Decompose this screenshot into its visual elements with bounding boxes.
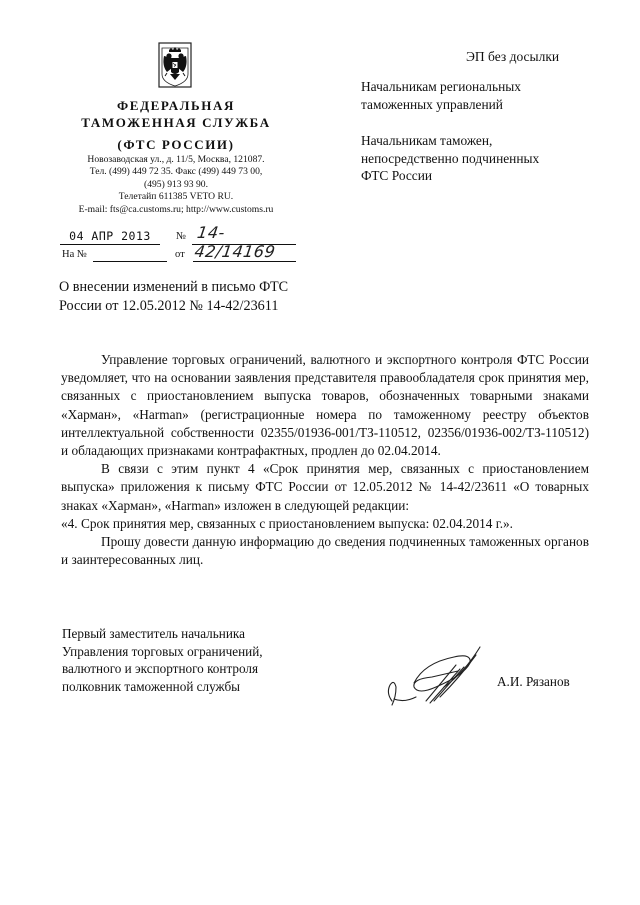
address-teletype: Телетайп 611385 VETO RU.: [56, 191, 296, 203]
reference-number-label: На №: [62, 249, 87, 260]
distribution-note: ЭП без досылки: [466, 49, 559, 65]
signatory-title-line: Управления торговых ограничений,: [62, 643, 263, 661]
registration-date-field: 04 АПР 2013: [60, 228, 160, 245]
body-paragraph-amendment: В связи с этим пункт 4 «Срок принятия ме…: [61, 460, 589, 515]
reference-number-field: [93, 249, 167, 262]
body-paragraph-request: Прошу довести данную информацию до сведе…: [61, 533, 589, 569]
subject-line: О внесении изменений в письмо ФТС: [59, 278, 339, 297]
addressee-regional: Начальникам региональных таможенных упра…: [361, 78, 521, 113]
signer-name: А.И. Рязанов: [497, 674, 570, 690]
signatory-title-line: полковник таможенной службы: [62, 678, 263, 696]
addressee-customs: Начальникам таможен, непосредственно под…: [361, 132, 539, 185]
letter-body: Управление торговых ограничений, валютно…: [61, 351, 589, 569]
org-name-line2: ТАМОЖЕННАЯ СЛУЖБА: [66, 114, 286, 131]
addressee-line: таможенных управлений: [361, 96, 521, 114]
registration-number-field: 14-42/14169: [192, 223, 296, 245]
handwritten-signature-icon: [384, 643, 484, 713]
org-abbr: (ФТС РОССИИ): [66, 136, 286, 153]
addressee-line: ФТС России: [361, 167, 539, 185]
russian-coat-of-arms-icon: [158, 42, 192, 88]
addressee-line: Начальникам таможен,: [361, 132, 539, 150]
reference-date-label: от: [175, 249, 185, 260]
addressee-line: непосредственно подчиненных: [361, 150, 539, 168]
subject-line: России от 12.05.2012 № 14-42/23611: [59, 297, 339, 316]
body-paragraph-notice: Управление торговых ограничений, валютно…: [61, 351, 589, 460]
reference-date-field: [193, 249, 296, 262]
org-name: ФЕДЕРАЛЬНАЯ ТАМОЖЕННАЯ СЛУЖБА (ФТС РОССИ…: [66, 97, 286, 153]
addressee-line: Начальникам региональных: [361, 78, 521, 96]
signatory-title: Первый заместитель начальника Управления…: [62, 625, 263, 695]
letter-subject: О внесении изменений в письмо ФТС России…: [59, 278, 339, 315]
address-line: Новозаводская ул., д. 11/5, Москва, 1210…: [56, 154, 296, 166]
org-name-line1: ФЕДЕРАЛЬНАЯ: [66, 97, 286, 114]
org-address: Новозаводская ул., д. 11/5, Москва, 1210…: [56, 154, 296, 216]
address-phone: Тел. (499) 449 72 35. Факс (499) 449 73 …: [56, 166, 296, 178]
registration-date: 04 АПР 2013: [60, 228, 160, 243]
signatory-title-line: Первый заместитель начальника: [62, 625, 263, 643]
body-paragraph-new-text: «4. Срок принятия мер, связанных с приос…: [61, 515, 589, 533]
address-email: E-mail: fts@ca.customs.ru; http://www.cu…: [56, 204, 296, 216]
signatory-title-line: валютного и экспортного контроля: [62, 660, 263, 678]
address-phone2: (495) 913 93 90.: [56, 179, 296, 191]
registration-number-label: №: [176, 231, 186, 242]
